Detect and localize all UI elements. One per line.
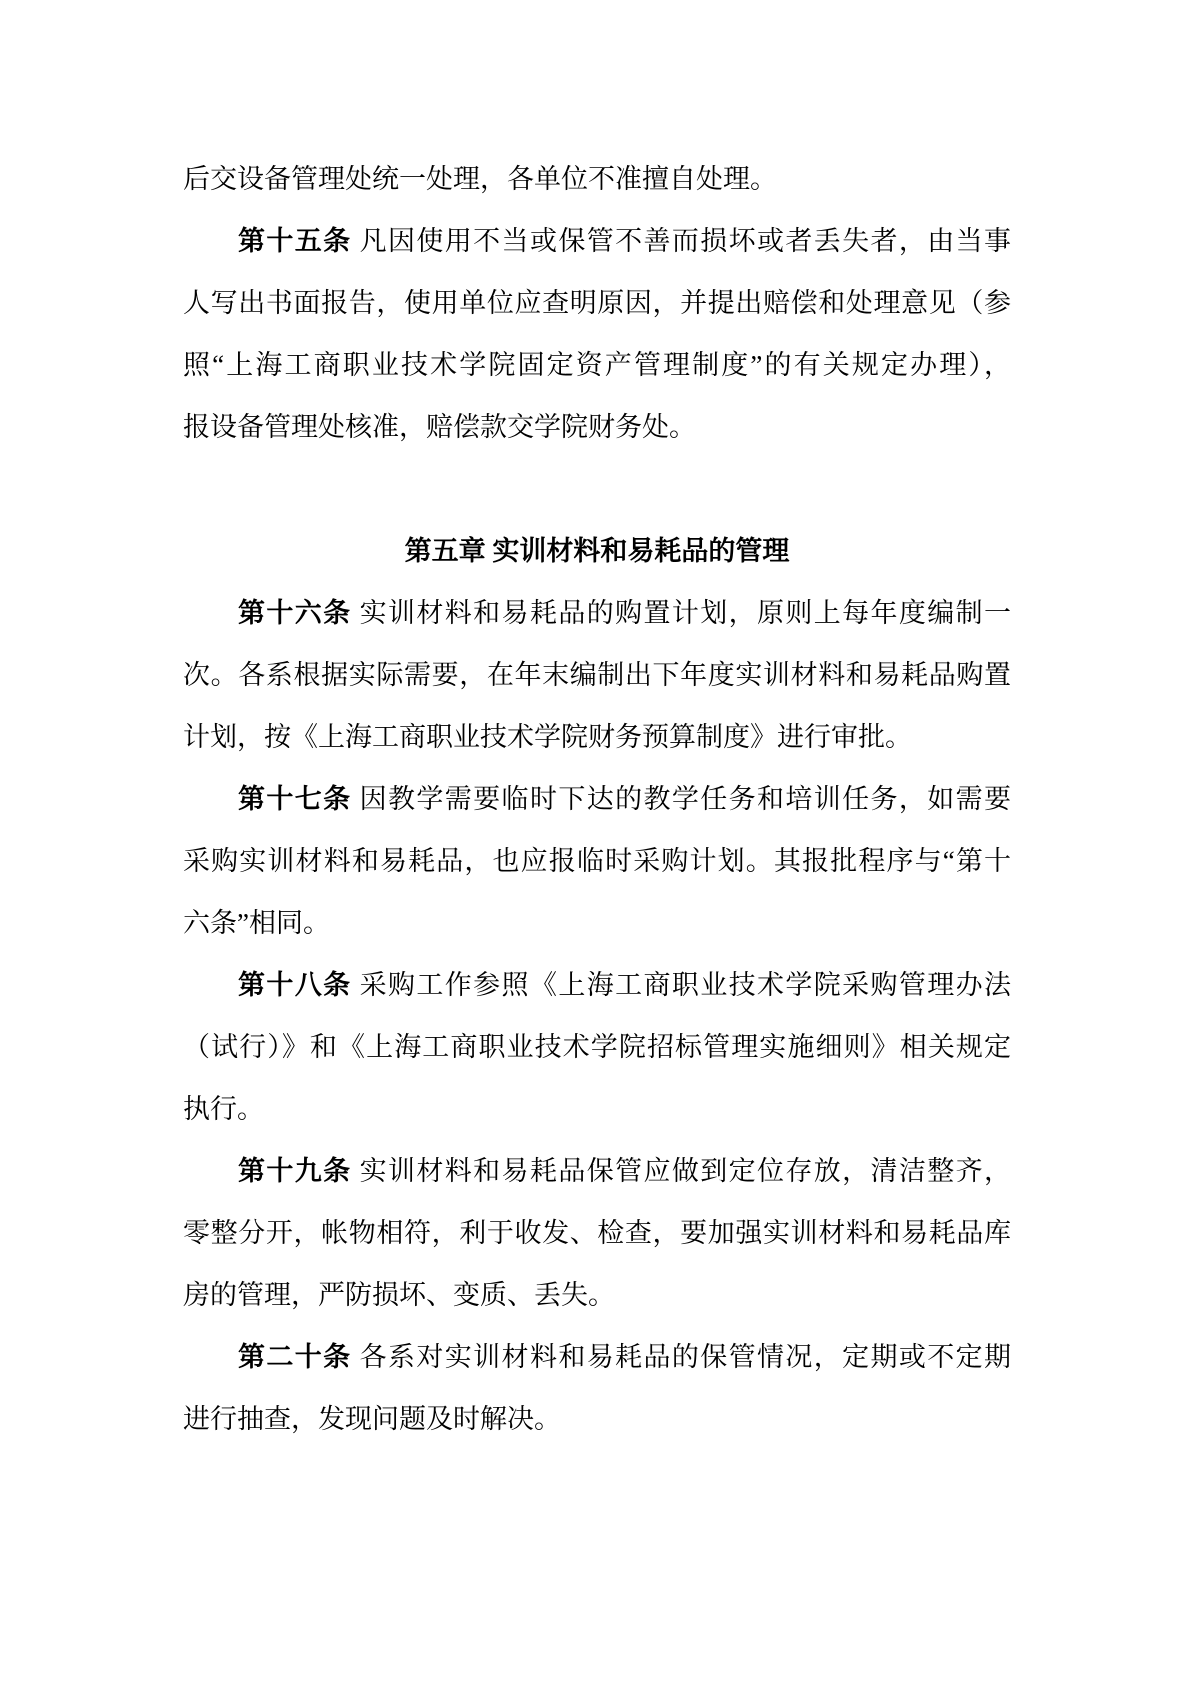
text-line: 照“上海工商职业技术学院固定资产管理制度”的有关规定办理）， <box>183 334 1011 396</box>
text-segment: 因教学需要临时下达的教学任务和培训任务，如需要 <box>352 784 1011 814</box>
text-line: 后交设备管理处统一处理，各单位不准擅自处理。 <box>183 148 1011 210</box>
text-line: 第十五条 凡因使用不当或保管不善而损坏或者丢失者，由当事 <box>183 210 1011 272</box>
article-number: 第十六条 <box>238 598 352 628</box>
article-19: 第十九条 实训材料和易耗品保管应做到定位存放，清洁整齐，零整分开，帐物相符，利于… <box>183 1140 1011 1326</box>
article-15: 第十五条 凡因使用不当或保管不善而损坏或者丢失者，由当事人写出书面报告，使用单位… <box>183 210 1011 458</box>
document-body: 后交设备管理处统一处理，各单位不准擅自处理。第十五条 凡因使用不当或保管不善而损… <box>183 148 1011 1450</box>
text-line: 第十七条 因教学需要临时下达的教学任务和培训任务，如需要 <box>183 768 1011 830</box>
text-line: 第十六条 实训材料和易耗品的购置计划，原则上每年度编制一 <box>183 582 1011 644</box>
text-line: 第二十条 各系对实训材料和易耗品的保管情况，定期或不定期 <box>183 1326 1011 1388</box>
article-number: 第十七条 <box>238 784 352 814</box>
text-segment: 凡因使用不当或保管不善而损坏或者丢失者，由当事 <box>352 226 1011 256</box>
article-number: 第十九条 <box>238 1156 352 1186</box>
text-segment: 采购工作参照《上海工商职业技术学院采购管理办法 <box>352 970 1011 1000</box>
article-18: 第十八条 采购工作参照《上海工商职业技术学院采购管理办法（试行）》和《上海工商职… <box>183 954 1011 1140</box>
article-number: 第十八条 <box>238 970 352 1000</box>
text-segment: 六条”相同。 <box>183 908 330 938</box>
text-segment: 后交设备管理处统一处理，各单位不准擅自处理。 <box>183 164 777 194</box>
text-line: 房的管理，严防损坏、变质、丢失。 <box>183 1264 1011 1326</box>
article-number: 第十五条 <box>238 226 352 256</box>
text-line: 第十九条 实训材料和易耗品保管应做到定位存放，清洁整齐， <box>183 1140 1011 1202</box>
text-line: 零整分开，帐物相符，利于收发、检查，要加强实训材料和易耗品库 <box>183 1202 1011 1264</box>
text-line: 次。各系根据实际需要，在年末编制出下年度实训材料和易耗品购置 <box>183 644 1011 706</box>
text-segment: 人写出书面报告，使用单位应查明原因，并提出赔偿和处理意见（参 <box>183 288 1011 318</box>
text-line: 采购实训材料和易耗品，也应报临时采购计划。其报批程序与“第十 <box>183 830 1011 892</box>
paragraph-continuation: 后交设备管理处统一处理，各单位不准擅自处理。 <box>183 148 1011 210</box>
blank-line <box>183 458 1011 520</box>
text-segment: 房的管理，严防损坏、变质、丢失。 <box>183 1280 615 1310</box>
text-line: 第五章 实训材料和易耗品的管理 <box>183 520 1011 582</box>
text-segment: 报设备管理处核准，赔偿款交学院财务处。 <box>183 412 696 442</box>
text-segment: 各系对实训材料和易耗品的保管情况，定期或不定期 <box>352 1342 1011 1372</box>
text-segment: 计划，按《上海工商职业技术学院财务预算制度》进行审批。 <box>183 722 912 752</box>
text-segment: 实训材料和易耗品的购置计划，原则上每年度编制一 <box>352 598 1011 628</box>
text-line: 进行抽查，发现问题及时解决。 <box>183 1388 1011 1450</box>
text-line: 六条”相同。 <box>183 892 1011 954</box>
document-page: 后交设备管理处统一处理，各单位不准擅自处理。第十五条 凡因使用不当或保管不善而损… <box>0 0 1191 1684</box>
text-segment: 照“上海工商职业技术学院固定资产管理制度”的有关规定办理）， <box>183 350 1011 380</box>
chapter-heading-text: 第五章 实训材料和易耗品的管理 <box>405 536 790 566</box>
text-segment: 采购实训材料和易耗品，也应报临时采购计划。其报批程序与“第十 <box>183 846 1011 876</box>
text-line: 第十八条 采购工作参照《上海工商职业技术学院采购管理办法 <box>183 954 1011 1016</box>
article-16: 第十六条 实训材料和易耗品的购置计划，原则上每年度编制一次。各系根据实际需要，在… <box>183 582 1011 768</box>
text-segment: 执行。 <box>183 1094 264 1124</box>
text-segment: 次。各系根据实际需要，在年末编制出下年度实训材料和易耗品购置 <box>183 660 1011 690</box>
text-segment: 零整分开，帐物相符，利于收发、检查，要加强实训材料和易耗品库 <box>183 1218 1011 1248</box>
text-line: 执行。 <box>183 1078 1011 1140</box>
text-line: （试行）》和《上海工商职业技术学院招标管理实施细则》相关规定 <box>183 1016 1011 1078</box>
article-20: 第二十条 各系对实训材料和易耗品的保管情况，定期或不定期进行抽查，发现问题及时解… <box>183 1326 1011 1450</box>
text-segment: 进行抽查，发现问题及时解决。 <box>183 1404 561 1434</box>
text-line: 报设备管理处核准，赔偿款交学院财务处。 <box>183 396 1011 458</box>
text-segment: 实训材料和易耗品保管应做到定位存放，清洁整齐， <box>352 1156 1011 1186</box>
text-segment: （试行）》和《上海工商职业技术学院招标管理实施细则》相关规定 <box>183 1032 1011 1062</box>
article-17: 第十七条 因教学需要临时下达的教学任务和培训任务，如需要采购实训材料和易耗品，也… <box>183 768 1011 954</box>
text-line: 计划，按《上海工商职业技术学院财务预算制度》进行审批。 <box>183 706 1011 768</box>
article-number: 第二十条 <box>238 1342 352 1372</box>
text-line: 人写出书面报告，使用单位应查明原因，并提出赔偿和处理意见（参 <box>183 272 1011 334</box>
chapter-5-heading: 第五章 实训材料和易耗品的管理 <box>183 520 1011 582</box>
